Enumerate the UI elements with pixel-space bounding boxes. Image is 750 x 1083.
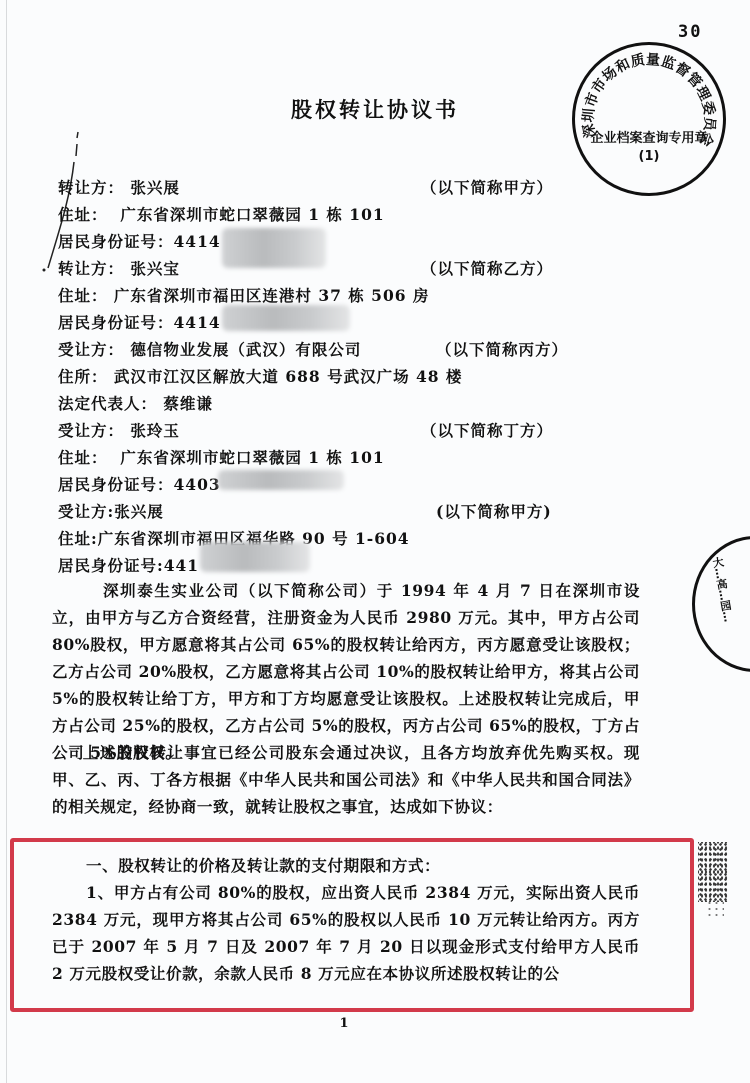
party-4-id: 居民身份证号：4403 (58, 473, 221, 495)
party-1-role: 转让方： 张兴展 (58, 176, 180, 198)
paragraph-resolution: 上述股权转让事宜已经公司股东会通过决议，且各方均放弃优先购买权。现甲、乙、丙、丁… (52, 739, 640, 820)
party-3-alias: （以下简称丙方） (436, 338, 568, 360)
redacted-id-2 (222, 305, 350, 331)
page-edge (6, 0, 7, 1083)
party-3-role: 受让方： 德信物业发展（武汉）有限公司 (58, 338, 361, 360)
redacted-id-4 (218, 470, 344, 490)
redacted-id-1 (222, 228, 326, 268)
party-3-name: 德信物业发展（武汉）有限公司 (130, 340, 361, 359)
seal-center-text: 企业档案查询专用章 (575, 127, 723, 146)
section-1-clause-1: 1、甲方占有公司 80%的股权，应出资人民币 2384 万元，实际出资人民币 2… (52, 879, 640, 987)
section-1-heading: 一、股权转让的价格及转让款的支付期限和方式： (52, 852, 640, 879)
party-2-role: 转让方： 张兴宝 (58, 257, 180, 279)
party-2-alias: （以下简称乙方） (421, 257, 553, 279)
party-3-address: 住所： 武汉市江汉区解放大道 688 号武汉广场 48 楼 (58, 365, 462, 387)
party-2-name: 张兴宝 (130, 259, 180, 278)
party-2-address: 住址： 广东省深圳市福田区连港村 37 栋 506 房 (58, 284, 429, 306)
party-1-id: 居民身份证号：4414 (58, 230, 221, 252)
party-2-id: 居民身份证号：4414 (58, 311, 221, 333)
party-5-alias: (以下简称甲方) (436, 500, 552, 522)
perforation-stamp (698, 842, 728, 902)
partial-seal-right: 大…高…园… (692, 536, 750, 672)
party-1-address: 住址： 广东省深圳市蛇口翠薇园 1 栋 101 (58, 203, 385, 225)
party-4-name: 张玲玉 (130, 421, 180, 440)
party-4-address: 住址： 广东省深圳市蛇口翠薇园 1 栋 101 (58, 446, 385, 468)
party-3-representative: 法定代表人： 蔡维谦 (58, 392, 213, 414)
bottom-page-number: 1 (0, 1016, 688, 1031)
party-5-role: 受让方:张兴展 (58, 500, 164, 522)
perforation-stamp-fragment (706, 900, 724, 920)
document-title: 股权转让协议书 (0, 94, 750, 124)
top-page-number: 30 (678, 22, 702, 42)
paragraph-company-background: 深圳泰生实业公司（以下简称公司）于 1994 年 4 月 7 日在深圳市设立，由… (52, 577, 640, 766)
party-4-role: 受让方： 张玲玉 (58, 419, 180, 441)
redacted-id-5 (200, 542, 310, 572)
partial-seal-text: 大…高…园… (703, 556, 734, 624)
seal-number: (1) (575, 149, 723, 164)
party-5-id: 居民身份证号:441 (58, 554, 199, 576)
party-1-alias: （以下简称甲方） (421, 176, 553, 198)
party-5-name: 张兴展 (114, 502, 164, 521)
party-4-alias: （以下简称丁方） (421, 419, 553, 441)
party-1-name: 张兴展 (130, 178, 180, 197)
